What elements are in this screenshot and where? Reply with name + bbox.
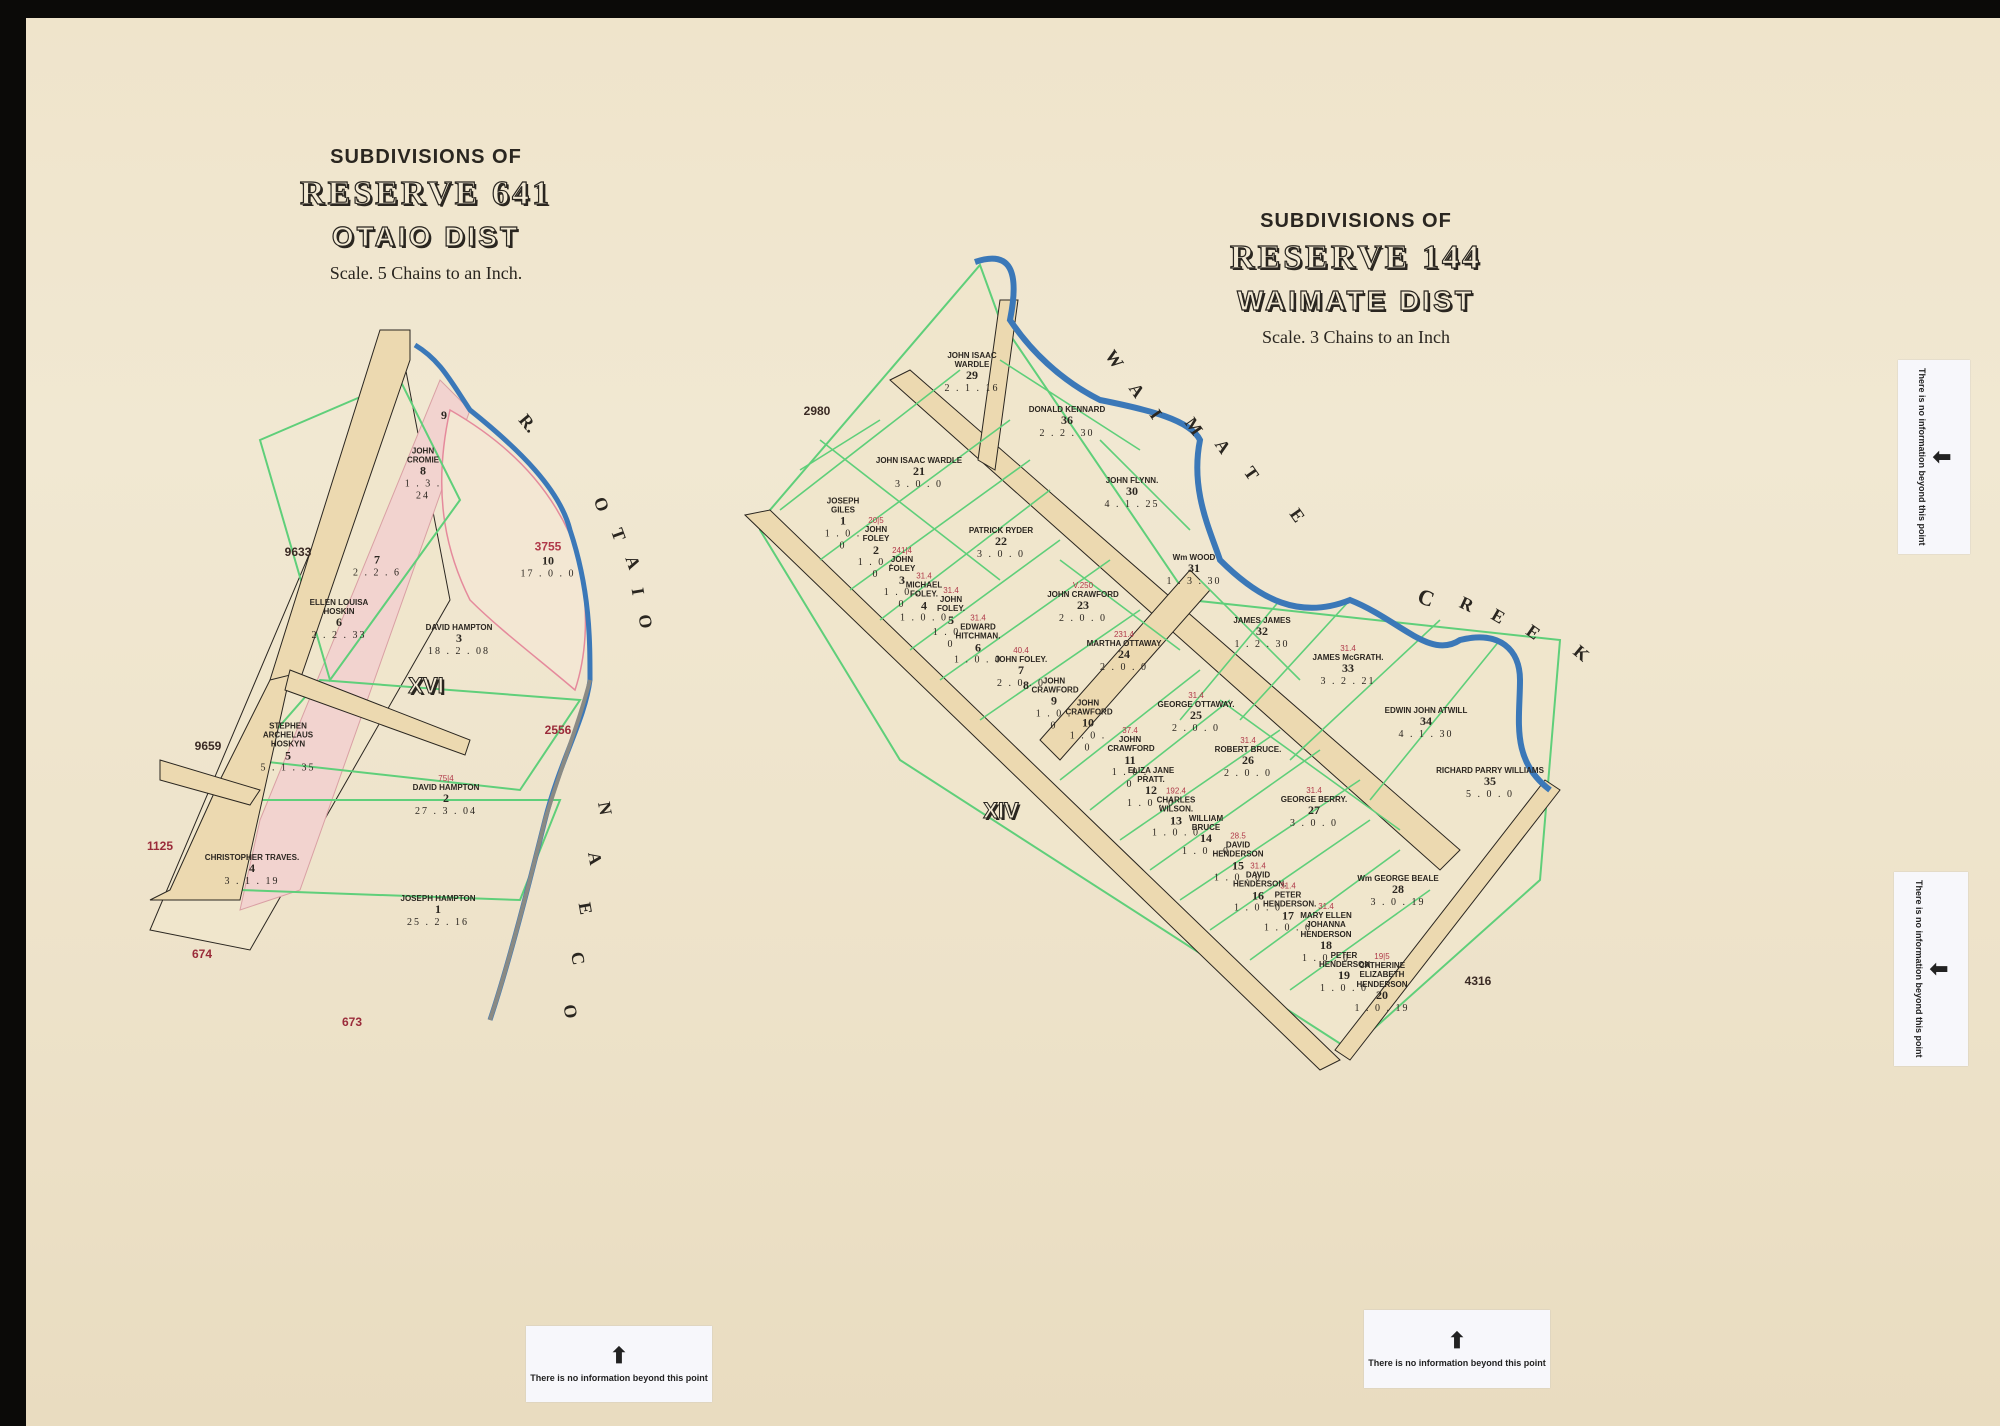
lot-144-28: Wm GEORGE BEALE283 . 0 . 19 xyxy=(1357,874,1438,908)
lot-144-33: 31.4JAMES McGRATH.333 . 2 . 21 xyxy=(1313,644,1384,688)
lot-144-8: 8 xyxy=(1023,679,1029,693)
lot-641-5: STEPHEN ARCHELAUS HOSKYN55 . 1 . 35 xyxy=(253,722,323,775)
lot-144-25: 31.4GEORGE OTTAWAY.252 . 0 . 0 xyxy=(1158,691,1235,735)
reserve-641-title: RESERVE 641 xyxy=(276,175,576,213)
lot-144-21: JOHN ISAAC WARDLE213 . 0 . 0 xyxy=(876,456,962,490)
lot-144-29: JOHN ISAAC WARDLE292 . 1 . 16 xyxy=(942,351,1002,395)
lot-144-26: 31.4ROBERT BRUCE.262 . 0 . 0 xyxy=(1215,736,1282,780)
lot-641-4: CHRISTOPHER TRAVES.43 . 1 . 19 xyxy=(205,853,299,887)
lot-641-10: 37551017 . 0 . 0 xyxy=(521,540,576,579)
adjacent-section-9659: 9659 xyxy=(195,739,222,753)
notice-text: There is no information beyond this poin… xyxy=(1914,880,1924,1058)
lot-144-32: JAMES JAMES321 . 2 . 30 xyxy=(1233,616,1290,650)
lot-144-20: 19|5CATHERINE ELIZABETH HENDERSON201 . 0… xyxy=(1355,952,1410,1014)
reserve-641-title-block: SUBDIVISIONS OF RESERVE 641 OTAIO DIST S… xyxy=(276,146,576,284)
adjacent-section-9633: 9633 xyxy=(285,545,312,559)
arrow-left-icon: ⬅ xyxy=(1930,958,1948,980)
lot-641-8: JOHN CROMIE81 . 3 . 24 xyxy=(403,446,443,501)
no-information-notice-right-lower: ⬅ There is no information beyond this po… xyxy=(1894,872,1968,1066)
arrow-left-icon: ⬅ xyxy=(1933,446,1951,468)
lot-144-27: 31.4GEORGE BERRY.273 . 0 . 0 xyxy=(1281,786,1347,830)
lot-641-6: ELLEN LOUISA HOSKIN62 . 2 . 33 xyxy=(309,598,369,642)
no-information-notice-bottom-right: ⬆ There is no information beyond this po… xyxy=(1364,1310,1550,1388)
lot-144-22: PATRICK RYDER223 . 0 . 0 xyxy=(969,526,1033,560)
block-xvi-label: XVI xyxy=(408,673,443,699)
lot-641-7: 72 . 2 . 6 xyxy=(353,553,401,578)
reserve-144-subtitle: SUBDIVISIONS OF xyxy=(1186,210,1526,233)
block-xiv-label: XIV xyxy=(983,798,1018,824)
reserve-641-subtitle: SUBDIVISIONS OF xyxy=(276,146,576,169)
lot-144-36: DONALD KENNARD362 . 2 . 30 xyxy=(1029,405,1105,439)
lot-144-23: V.250JOHN CRAWFORD232 . 0 . 0 xyxy=(1047,581,1119,625)
lot-144-24: 231.4MARTHA OTTAWAY242 . 0 . 0 xyxy=(1087,630,1162,674)
arrow-up-icon: ⬆ xyxy=(610,1345,628,1367)
no-information-notice-bottom-left: ⬆ There is no information beyond this po… xyxy=(526,1326,712,1402)
lot-641-9: 9 xyxy=(441,409,447,423)
notice-text: There is no information beyond this poin… xyxy=(1917,368,1927,546)
lot-144-35: RICHARD PARRY WILLIAMS355 . 0 . 0 xyxy=(1436,766,1544,800)
lot-641-1: JOSEPH HAMPTON125 . 2 . 16 xyxy=(401,894,476,928)
reserve-144-scale: Scale. 3 Chains to an Inch xyxy=(1186,327,1526,348)
notice-text: There is no information beyond this poin… xyxy=(530,1373,708,1383)
reserve-144-district: WAIMATE DIST xyxy=(1186,285,1526,317)
lot-641-2: 75|4DAVID HAMPTON227 . 3 . 04 xyxy=(413,774,480,818)
lot-144-31: Wm WOOD311 . 3 . 30 xyxy=(1167,553,1222,587)
reserve-144-title-block: SUBDIVISIONS OF RESERVE 144 WAIMATE DIST… xyxy=(1186,210,1526,348)
lot-144-30: JOHN FLYNN.304 . 1 . 25 xyxy=(1105,476,1160,510)
adjacent-section-674: 674 xyxy=(192,947,212,961)
adjacent-section-1125: 1125 xyxy=(147,839,173,853)
adjacent-section-2980: 2980 xyxy=(804,404,831,418)
adjacent-section-673: 673 xyxy=(342,1015,362,1029)
lot-641-3: DAVID HAMPTON318 . 2 . 08 xyxy=(426,623,493,657)
lot-144-34: EDWIN JOHN ATWILL344 . 1 . 30 xyxy=(1385,706,1468,740)
arrow-up-icon: ⬆ xyxy=(1448,1330,1466,1352)
notice-text: There is no information beyond this poin… xyxy=(1368,1358,1546,1368)
reserve-641-district: OTAIO DIST xyxy=(276,221,576,253)
map-sheet: SUBDIVISIONS OF RESERVE 641 OTAIO DIST S… xyxy=(26,18,2000,1426)
adjacent-section-2556: 2556 xyxy=(545,723,572,737)
adjacent-section-4316: 4316 xyxy=(1465,974,1492,988)
reserve-641-scale: Scale. 5 Chains to an Inch. xyxy=(276,263,576,284)
reserve-144-title: RESERVE 144 xyxy=(1186,239,1526,277)
lot-144-10: JOHN CRAWFORD101 . 0 . 0 xyxy=(1066,698,1111,753)
no-information-notice-right-upper: ⬅ There is no information beyond this po… xyxy=(1898,360,1970,554)
